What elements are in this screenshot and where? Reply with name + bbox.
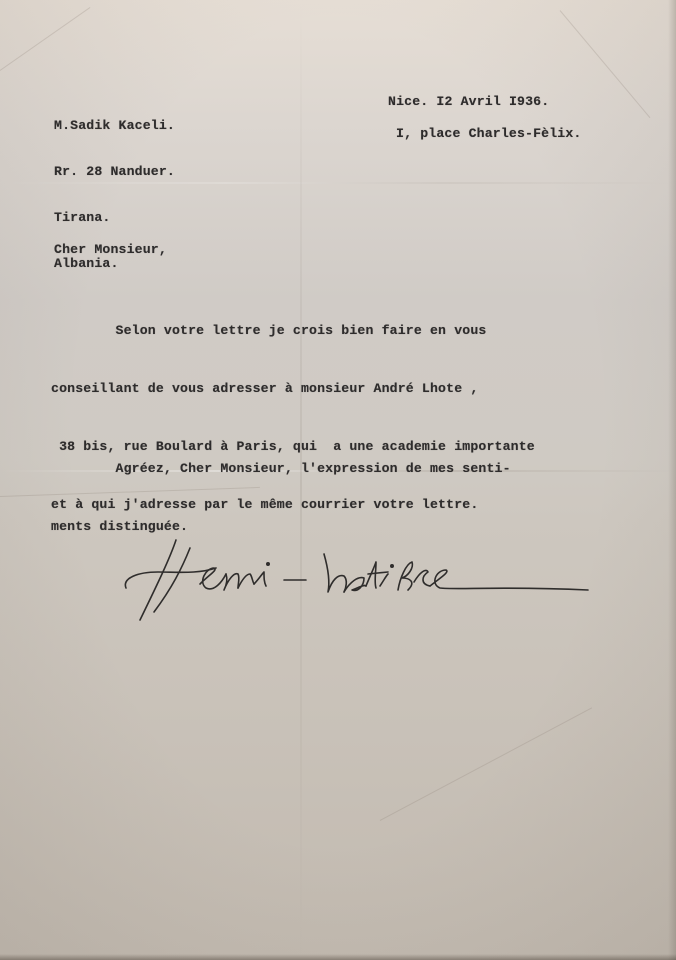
paper-edge-bottom <box>0 954 676 960</box>
body-line: conseillant de vous adresser à monsieur … <box>51 375 535 403</box>
recipient-address-block: M.Sadik Kaceli. Rr. 28 Nanduer. Tirana. … <box>54 88 175 302</box>
body-line: Selon votre lettre je crois bien faire e… <box>51 317 535 345</box>
paper-crease <box>0 7 90 71</box>
recipient-name: M.Sadik Kaceli. <box>54 118 175 134</box>
letter-page: M.Sadik Kaceli. Rr. 28 Nanduer. Tirana. … <box>0 0 676 960</box>
body-line: Agréez, Cher Monsieur, l'expression de m… <box>51 455 511 483</box>
paper-edge-right <box>668 0 676 960</box>
handwritten-signature: Henri-Matisse <box>118 528 598 628</box>
recipient-country: Albania. <box>54 256 175 272</box>
recipient-city: Tirana. <box>54 210 175 226</box>
sender-date-line: Nice. I2 Avril I936. <box>388 94 549 109</box>
signature-icon <box>118 528 598 628</box>
sender-address-line: I, place Charles-Fèlix. <box>396 126 581 141</box>
recipient-street: Rr. 28 Nanduer. <box>54 164 175 180</box>
paper-crease <box>560 10 651 118</box>
salutation: Cher Monsieur, <box>54 242 167 257</box>
paper-crease <box>380 707 592 821</box>
